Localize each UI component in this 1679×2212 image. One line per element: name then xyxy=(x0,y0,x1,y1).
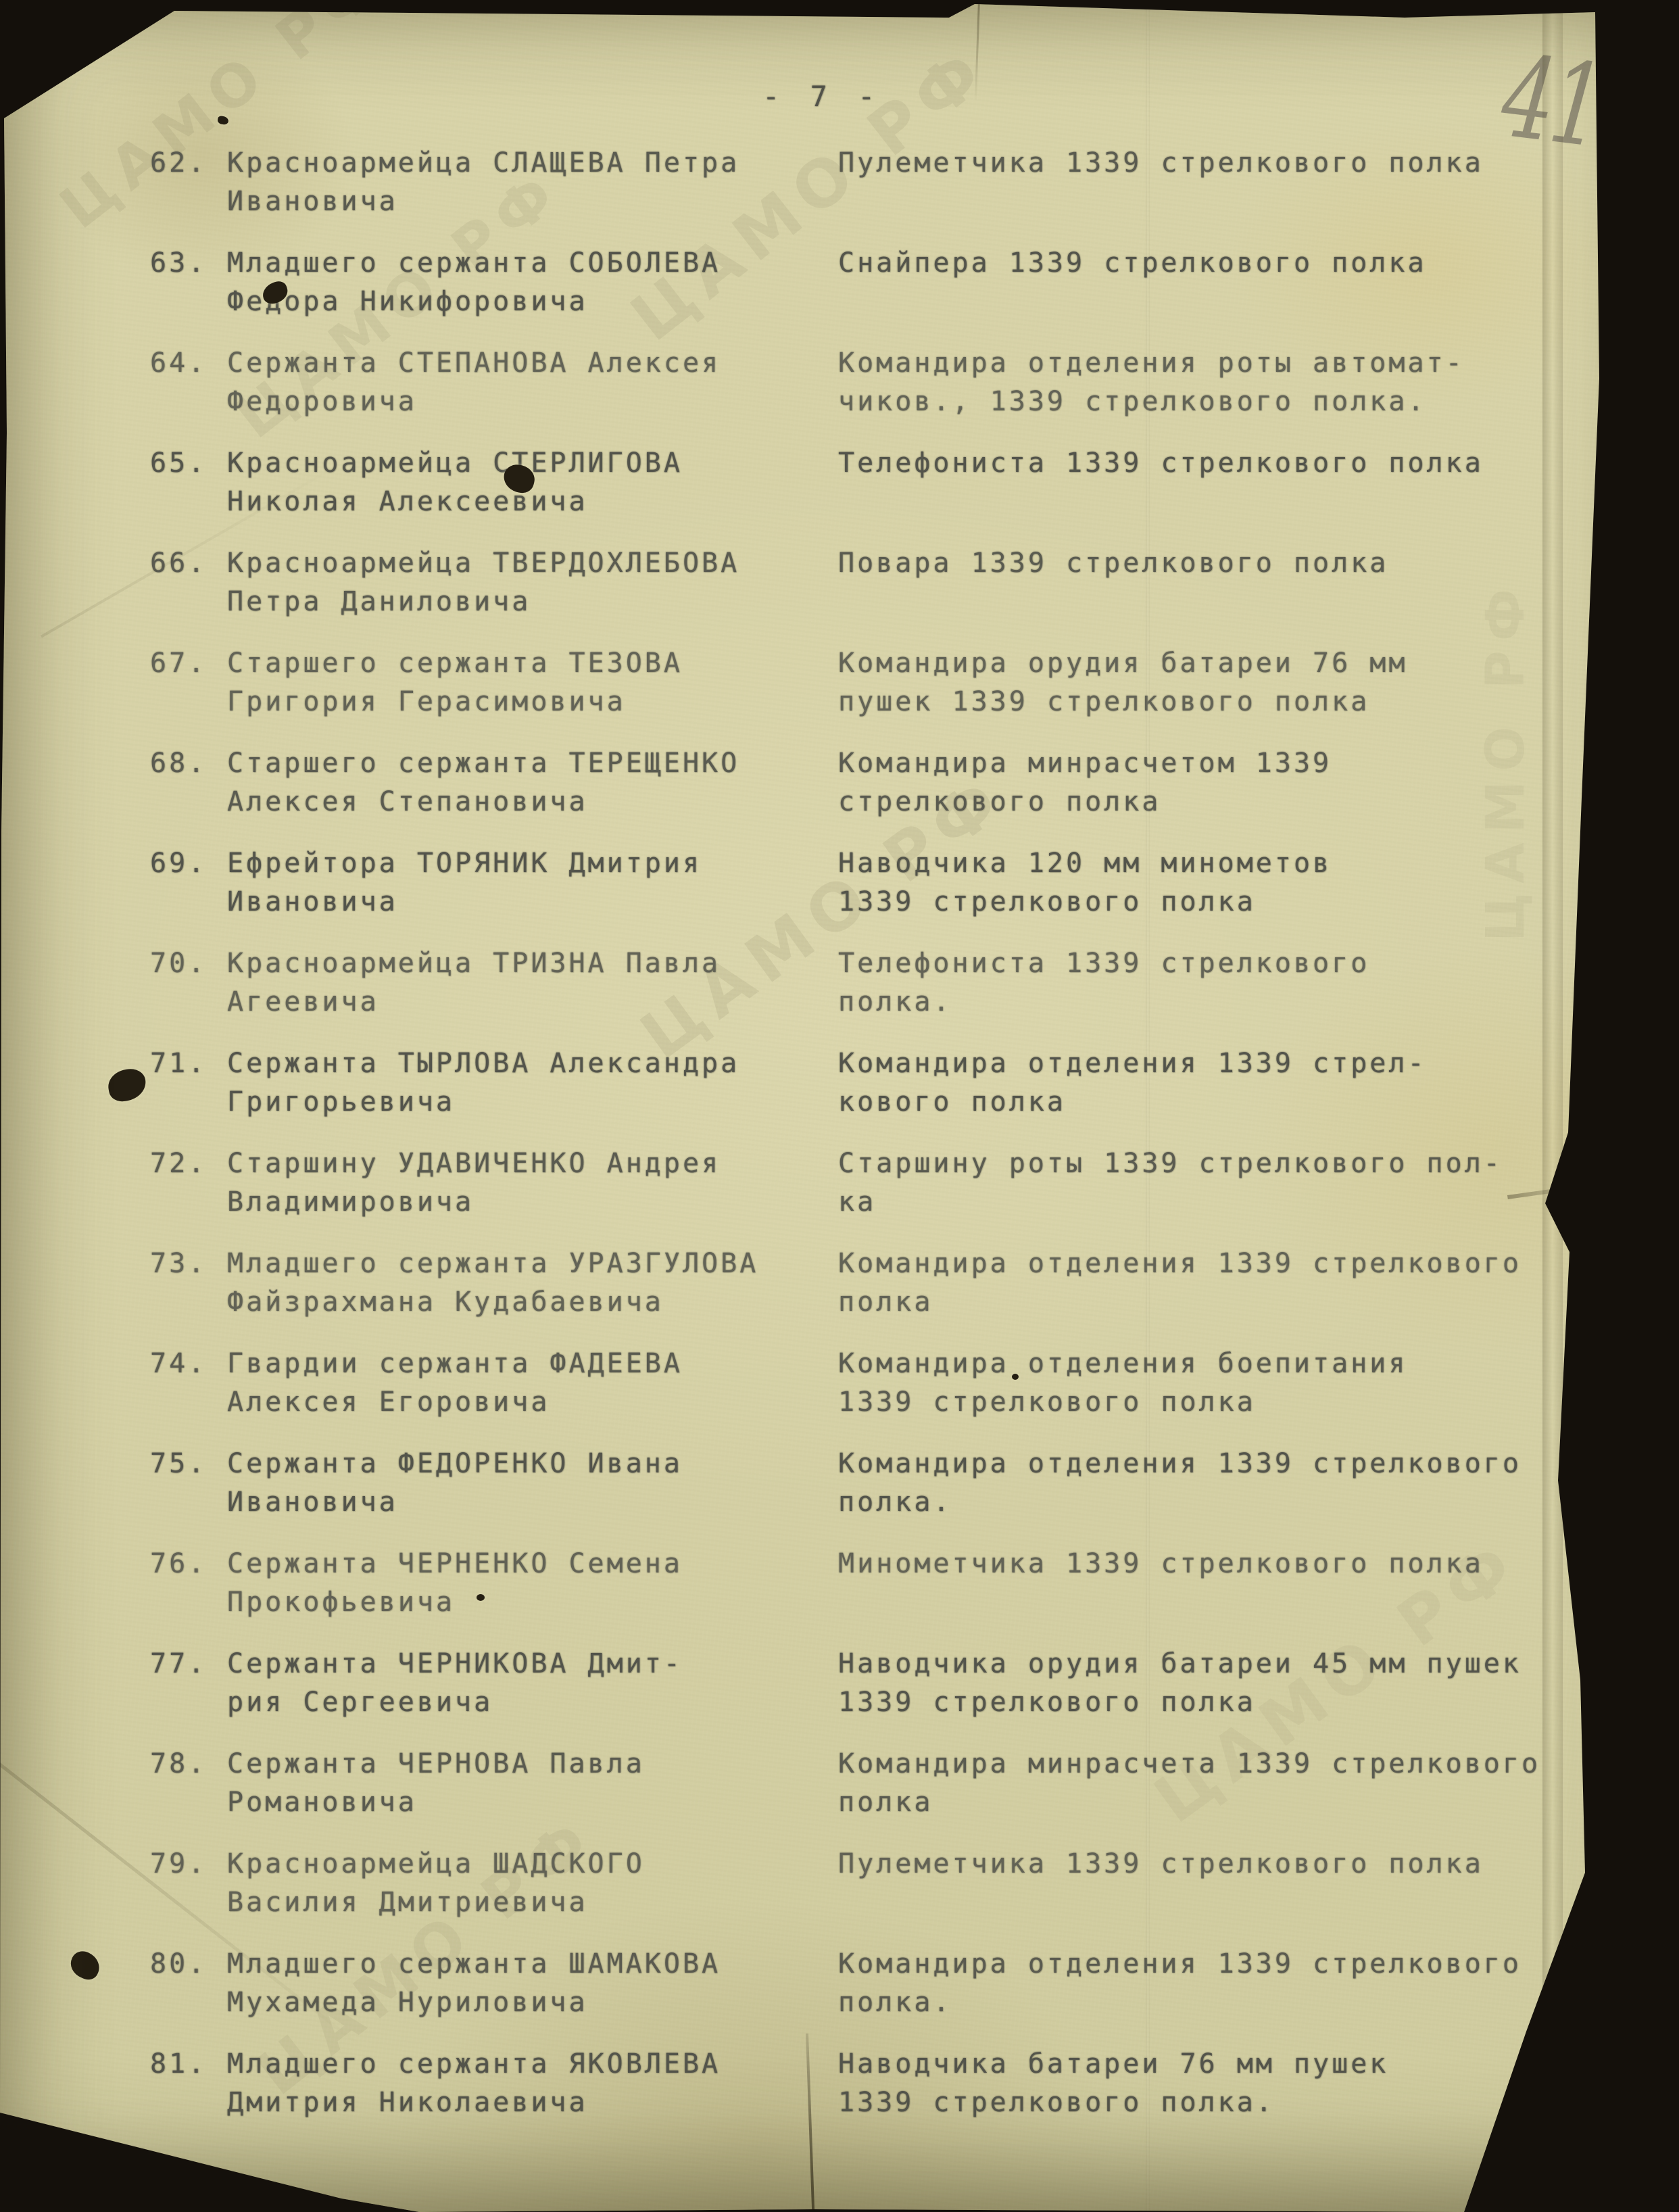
ink-speck xyxy=(105,1066,148,1103)
entry-name-line: Младшего сержанта ЯКОВЛЕВА xyxy=(227,2045,822,2084)
entry-rank-and-name: Сержанта СТЕПАНОВА АлексеяФедоровича xyxy=(227,344,822,421)
entry-rank-and-name: Младшего сержанта ЯКОВЛЕВАДмитрия Никола… xyxy=(227,2045,822,2122)
entry-position-line: полка xyxy=(838,1783,1642,1822)
entry-position-unit: Телефониста 1339 стрелкового полка xyxy=(838,444,1642,483)
entry-position-unit: Наводчика батареи 76 мм пушек1339 стрелк… xyxy=(838,2045,1642,2122)
entry-rank-and-name: Младшего сержанта СОБОЛЕВАФедора Никифор… xyxy=(227,244,822,321)
entry-position-unit: Снайпера 1339 стрелкового полка xyxy=(838,244,1642,283)
entry-name-line: Ивановича xyxy=(227,883,822,921)
entry-name-line: Младшего сержанта УРАЗГУЛОВА xyxy=(227,1245,822,1283)
paper-sheet: - 7 - 41 ЦАМО РФЦАМО РФЦАМО РФЦАМО РФЦАМ… xyxy=(0,0,1679,2212)
entry-position-line: полка xyxy=(838,1283,1642,1322)
entry-position-unit: Минометчика 1339 стрелкового полка xyxy=(838,1545,1642,1583)
entry-position-line: 1339 стрелкового полка xyxy=(838,1683,1642,1722)
entry-position-line: Повара 1339 стрелкового полка xyxy=(838,544,1642,583)
entry-position-unit: Телефониста 1339 стрелковогополка. xyxy=(838,944,1642,1021)
entry-number: 79. xyxy=(150,1845,207,1883)
entry-name-line: Алексея Егоровича xyxy=(227,1383,822,1422)
entry-position-line: полка. xyxy=(838,1983,1642,2022)
entry-position-unit: Старшину роты 1339 стрелкового пол-ка xyxy=(838,1145,1642,1222)
entry-number: 67. xyxy=(150,644,207,683)
entry-rank-and-name: Сержанта ЧЕРНЕНКО СеменаПрокофьевича xyxy=(227,1545,822,1622)
entry-name-line: Сержанта ТЫРЛОВА Александра xyxy=(227,1044,822,1083)
entry-position-unit: Командира отделения роты автомат-чиков.,… xyxy=(838,344,1642,421)
entry-rank-and-name: Красноармейца ШАДСКОГОВасилия Дмитриевич… xyxy=(227,1845,822,1922)
entry-name-line: Старшего сержанта ТЕРЕЩЕНКО xyxy=(227,744,822,783)
entry-name-line: Красноармейца СЛАЩЕВА Петра xyxy=(227,144,822,183)
entry-position-unit: Командира минрасчетом 1339стрелкового по… xyxy=(838,744,1642,821)
entry-name-line: Мухамеда Нуриловича xyxy=(227,1983,822,2022)
entry-position-line: Телефониста 1339 стрелкового xyxy=(838,944,1642,983)
entry-name-line: Файзрахмана Кудабаевича xyxy=(227,1283,822,1322)
page-number: - 7 - xyxy=(762,80,881,113)
ink-speck xyxy=(477,1594,485,1601)
entry-rank-and-name: Старшего сержанта ТЕЗОВАГригория Герасим… xyxy=(227,644,822,721)
entry-position-unit: Пулеметчика 1339 стрелкового полка xyxy=(838,1845,1642,1883)
entry-name-line: Прокофьевича xyxy=(227,1583,822,1622)
entry-name-line: Петра Даниловича xyxy=(227,583,822,621)
entry-position-line: полка. xyxy=(838,1483,1642,1522)
entry-name-line: Сержанта ЧЕРНИКОВА Дмит- xyxy=(227,1645,822,1683)
entry-number: 76. xyxy=(150,1545,207,1583)
entry-position-line: Командира отделения 1339 стрелкового xyxy=(838,1945,1642,1983)
entry-position-unit: Наводчика 120 мм минометов1339 стрелково… xyxy=(838,844,1642,921)
entry-number: 66. xyxy=(150,544,207,583)
entry-name-line: Агеевича xyxy=(227,983,822,1021)
entry-rank-and-name: Ефрейтора ТОРЯНИК ДмитрияИвановича xyxy=(227,844,822,921)
entry-number: 69. xyxy=(150,844,207,883)
entry-position-unit: Командира отделения 1339 стрел-кового по… xyxy=(838,1044,1642,1122)
entry-name-line: Романовича xyxy=(227,1783,822,1822)
entry-name-line: Гвардии сержанта ФАДЕЕВА xyxy=(227,1345,822,1383)
entry-rank-and-name: Младшего сержанта ШАМАКОВАМухамеда Нурил… xyxy=(227,1945,822,2022)
entry-number: 77. xyxy=(150,1645,207,1683)
entry-rank-and-name: Старшину УДАВИЧЕНКО АндреяВладимировича xyxy=(227,1145,822,1222)
entry-position-line: полка. xyxy=(838,983,1642,1021)
entry-position-line: Командира отделения 1339 стрелкового xyxy=(838,1245,1642,1283)
entry-position-line: Командира отделения роты автомат- xyxy=(838,344,1642,383)
entry-name-line: Ефрейтора ТОРЯНИК Дмитрия xyxy=(227,844,822,883)
entry-position-line: кового полка xyxy=(838,1083,1642,1122)
entry-name-line: Алексея Степановича xyxy=(227,783,822,821)
entry-position-line: Командира отделения боепитания xyxy=(838,1345,1642,1383)
entry-position-unit: Командира отделения 1339 стрелковогополк… xyxy=(838,1445,1642,1522)
entry-position-unit: Пулеметчика 1339 стрелкового полка xyxy=(838,144,1642,183)
entry-name-line: Красноармейца ТВЕРДОХЛЕБОВА xyxy=(227,544,822,583)
entry-position-line: Пулеметчика 1339 стрелкового полка xyxy=(838,1845,1642,1883)
entry-rank-and-name: Старшего сержанта ТЕРЕЩЕНКОАлексея Степа… xyxy=(227,744,822,821)
entry-rank-and-name: Красноармейца ТРИЗНА ПавлаАгеевича xyxy=(227,944,822,1021)
entry-rank-and-name: Сержанта ТЫРЛОВА АлександраГригорьевича xyxy=(227,1044,822,1122)
entry-position-line: ка xyxy=(838,1183,1642,1222)
ink-speck xyxy=(66,1947,104,1983)
entry-position-line: Командира отделения 1339 стрел- xyxy=(838,1044,1642,1083)
entry-name-line: Григорьевича xyxy=(227,1083,822,1122)
entry-position-line: Телефониста 1339 стрелкового полка xyxy=(838,444,1642,483)
entry-number: 68. xyxy=(150,744,207,783)
entry-number: 62. xyxy=(150,144,207,183)
ink-speck xyxy=(217,116,229,126)
entry-rank-and-name: Красноармейца ТВЕРДОХЛЕБОВАПетра Данилов… xyxy=(227,544,822,621)
entry-position-unit: Повара 1339 стрелкового полка xyxy=(838,544,1642,583)
entry-rank-and-name: Красноармейца СЛАЩЕВА ПетраИвановича xyxy=(227,144,822,221)
entry-name-line: Дмитрия Николаевича xyxy=(227,2084,822,2122)
entry-position-line: Командира минрасчетом 1339 xyxy=(838,744,1642,783)
entry-position-unit: Командира отделения 1339 стрелковогополк… xyxy=(838,1945,1642,2022)
entry-rank-and-name: Сержанта ЧЕРНОВА ПавлаРомановича xyxy=(227,1745,822,1822)
entry-name-line: рия Сергеевича xyxy=(227,1683,822,1722)
entry-name-line: Красноармейца ШАДСКОГО xyxy=(227,1845,822,1883)
entry-position-unit: Наводчика орудия батареи 45 мм пушек1339… xyxy=(838,1645,1642,1722)
entry-rank-and-name: Младшего сержанта УРАЗГУЛОВАФайзрахмана … xyxy=(227,1245,822,1322)
entry-position-line: 1339 стрелкового полка xyxy=(838,883,1642,921)
entry-name-line: Владимировича xyxy=(227,1183,822,1222)
ink-speck xyxy=(1012,1374,1019,1380)
entry-position-line: Наводчика батареи 76 мм пушек xyxy=(838,2045,1642,2084)
entry-name-line: Василия Дмитриевича xyxy=(227,1883,822,1922)
entry-position-line: стрелкового полка xyxy=(838,783,1642,821)
entry-number: 65. xyxy=(150,444,207,483)
entry-number: 73. xyxy=(150,1245,207,1283)
scanned-document-page: { "document": { "page_number": "- 7 -", … xyxy=(0,0,1679,2212)
entry-name-line: Сержанта ЧЕРНОВА Павла xyxy=(227,1745,822,1783)
entry-rank-and-name: Сержанта ЧЕРНИКОВА Дмит-рия Сергеевича xyxy=(227,1645,822,1722)
entry-position-line: Наводчика орудия батареи 45 мм пушек xyxy=(838,1645,1642,1683)
entry-position-line: Командира минрасчета 1339 стрелкового xyxy=(838,1745,1642,1783)
entry-number: 74. xyxy=(150,1345,207,1383)
entry-name-line: Сержанта СТЕПАНОВА Алексея xyxy=(227,344,822,383)
entry-name-line: Сержанта ФЕДОРЕНКО Ивана xyxy=(227,1445,822,1483)
entry-name-line: Федоровича xyxy=(227,383,822,421)
entry-number: 81. xyxy=(150,2045,207,2084)
entry-position-line: Командира орудия батареи 76 мм xyxy=(838,644,1642,683)
entry-rank-and-name: Гвардии сержанта ФАДЕЕВААлексея Егорович… xyxy=(227,1345,822,1422)
entry-rank-and-name: Сержанта ФЕДОРЕНКО ИванаИвановича xyxy=(227,1445,822,1522)
entry-number: 64. xyxy=(150,344,207,383)
entry-position-line: 1339 стрелкового полка. xyxy=(838,2084,1642,2122)
entry-number: 63. xyxy=(150,244,207,283)
paper-crease xyxy=(975,0,980,101)
entry-number: 75. xyxy=(150,1445,207,1483)
entry-name-line: Старшину УДАВИЧЕНКО Андрея xyxy=(227,1145,822,1183)
entry-position-unit: Командира отделения боепитания1339 стрел… xyxy=(838,1345,1642,1422)
entry-number: 78. xyxy=(150,1745,207,1783)
entry-position-line: Наводчика 120 мм минометов xyxy=(838,844,1642,883)
entry-position-line: 1339 стрелкового полка xyxy=(838,1383,1642,1422)
entry-number: 80. xyxy=(150,1945,207,1983)
entry-position-line: Старшину роты 1339 стрелкового пол- xyxy=(838,1145,1642,1183)
entry-name-line: Ивановича xyxy=(227,183,822,221)
entry-position-line: Минометчика 1339 стрелкового полка xyxy=(838,1545,1642,1583)
entry-name-line: Сержанта ЧЕРНЕНКО Семена xyxy=(227,1545,822,1583)
entry-position-line: Пулеметчика 1339 стрелкового полка xyxy=(838,144,1642,183)
entry-name-line: Федора Никифоровича xyxy=(227,283,822,321)
entry-name-line: Ивановича xyxy=(227,1483,822,1522)
entry-name-line: Григория Герасимовича xyxy=(227,683,822,721)
entry-position-unit: Командира орудия батареи 76 ммпушек 1339… xyxy=(838,644,1642,721)
entry-position-line: пушек 1339 стрелкового полка xyxy=(838,683,1642,721)
entry-name-line: Красноармейца ТРИЗНА Павла xyxy=(227,944,822,983)
entry-position-line: Снайпера 1339 стрелкового полка xyxy=(838,244,1642,283)
entry-name-line: Старшего сержанта ТЕЗОВА xyxy=(227,644,822,683)
entry-position-unit: Командира отделения 1339 стрелковогополк… xyxy=(838,1245,1642,1322)
entry-position-unit: Командира минрасчета 1339 стрелковогопол… xyxy=(838,1745,1642,1822)
entry-position-line: чиков., 1339 стрелкового полка. xyxy=(838,383,1642,421)
entry-position-line: Командира отделения 1339 стрелкового xyxy=(838,1445,1642,1483)
entry-number: 71. xyxy=(150,1044,207,1083)
entry-number: 72. xyxy=(150,1145,207,1183)
entry-name-line: Младшего сержанта ШАМАКОВА xyxy=(227,1945,822,1983)
entry-number: 70. xyxy=(150,944,207,983)
entry-name-line: Младшего сержанта СОБОЛЕВА xyxy=(227,244,822,283)
